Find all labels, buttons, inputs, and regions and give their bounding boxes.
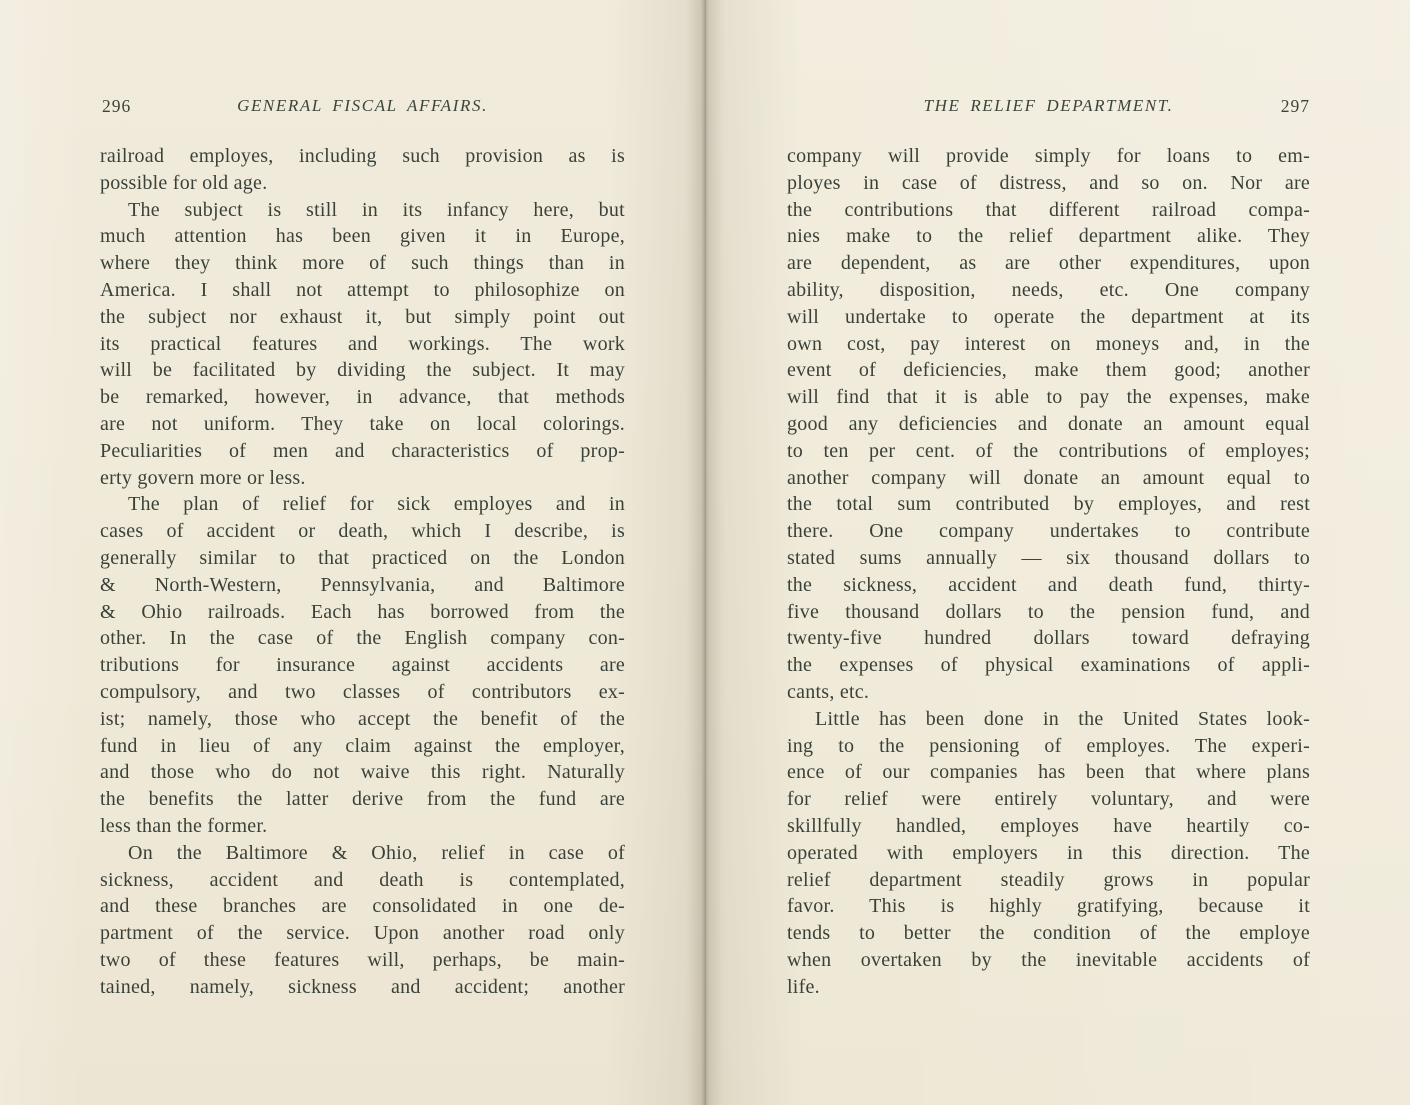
- text-line: where they think more of such things tha…: [100, 250, 625, 277]
- text-line: cases of accident or death, which I desc…: [100, 518, 625, 545]
- text-line: railroad employes, including such provis…: [100, 143, 625, 170]
- text-line: possible for old age.: [100, 170, 625, 197]
- text-line: ence of our companies has been that wher…: [787, 759, 1310, 786]
- text-line: operated with employers in this directio…: [787, 840, 1310, 867]
- text-line: life.: [787, 974, 1310, 1001]
- text-line: there. One company undertakes to contrib…: [787, 518, 1310, 545]
- text-line: Little has been done in the United State…: [787, 706, 1310, 733]
- text-line: America. I shall not attempt to philosop…: [100, 277, 625, 304]
- right-running-head: THE RELIEF DEPARTMENT.: [787, 96, 1310, 116]
- paragraph: railroad employes, including such provis…: [100, 143, 625, 197]
- text-line: are dependent, as are other expenditures…: [787, 250, 1310, 277]
- text-line: be remarked, however, in advance, that m…: [100, 384, 625, 411]
- text-line: for relief were entirely voluntary, and …: [787, 786, 1310, 813]
- text-line: event of deficiencies, make them good; a…: [787, 357, 1310, 384]
- text-line: generally similar to that practiced on t…: [100, 545, 625, 572]
- text-line: relief department steadily grows in popu…: [787, 867, 1310, 894]
- text-line: other. In the case of the English compan…: [100, 625, 625, 652]
- text-line: to ten per cent. of the contributions of…: [787, 438, 1310, 465]
- text-line: & Ohio railroads. Each has borrowed from…: [100, 599, 625, 626]
- text-line: The plan of relief for sick employes and…: [100, 491, 625, 518]
- left-running-head: GENERAL FISCAL AFFAIRS.: [100, 96, 625, 116]
- left-page-header: 296 GENERAL FISCAL AFFAIRS.: [100, 96, 625, 120]
- text-line: compulsory, and two classes of contribut…: [100, 679, 625, 706]
- text-line: erty govern more or less.: [100, 465, 625, 492]
- text-line: good any deficiencies and donate an amou…: [787, 411, 1310, 438]
- text-line: the expenses of physical examinations of…: [787, 652, 1310, 679]
- text-line: & North-Western, Pennsylvania, and Balti…: [100, 572, 625, 599]
- text-line: will be facilitated by dividing the subj…: [100, 357, 625, 384]
- text-line: much attention has been given it in Euro…: [100, 223, 625, 250]
- text-line: the total sum contributed by employes, a…: [787, 491, 1310, 518]
- right-page-number: 297: [1281, 96, 1310, 117]
- text-line: fund in lieu of any claim against the em…: [100, 733, 625, 760]
- left-page-body: railroad employes, including such provis…: [100, 143, 625, 1001]
- text-line: favor. This is highly gratifying, becaus…: [787, 893, 1310, 920]
- text-line: five thousand dollars to the pension fun…: [787, 599, 1310, 626]
- text-line: Peculiarities of men and characteristics…: [100, 438, 625, 465]
- text-line: tained, namely, sickness and accident; a…: [100, 974, 625, 1001]
- text-line: will undertake to operate the department…: [787, 304, 1310, 331]
- text-line: nies make to the relief department alike…: [787, 223, 1310, 250]
- text-line: another company will donate an amount eq…: [787, 465, 1310, 492]
- text-line: company will provide simply for loans to…: [787, 143, 1310, 170]
- text-line: and those who do not waive this right. N…: [100, 759, 625, 786]
- text-line: will find that it is able to pay the exp…: [787, 384, 1310, 411]
- right-page-body: company will provide simply for loans to…: [787, 143, 1310, 1001]
- text-line: ployes in case of distress, and so on. N…: [787, 170, 1310, 197]
- text-line: partment of the service. Upon another ro…: [100, 920, 625, 947]
- text-line: two of these features will, perhaps, be …: [100, 947, 625, 974]
- paragraph: Little has been done in the United State…: [787, 706, 1310, 1001]
- text-line: skillfully handled, employes have hearti…: [787, 813, 1310, 840]
- paragraph: company will provide simply for loans to…: [787, 143, 1310, 706]
- text-line: The subject is still in its infancy here…: [100, 197, 625, 224]
- text-line: ing to the pensioning of employes. The e…: [787, 733, 1310, 760]
- left-page-number: 296: [102, 96, 131, 117]
- paragraph: The subject is still in its infancy here…: [100, 197, 625, 492]
- text-line: are not uniform. They take on local colo…: [100, 411, 625, 438]
- text-line: own cost, pay interest on moneys and, in…: [787, 331, 1310, 358]
- left-page: 296 GENERAL FISCAL AFFAIRS. railroad emp…: [0, 0, 705, 1105]
- text-line: ist; namely, those who accept the benefi…: [100, 706, 625, 733]
- text-line: twenty-five hundred dollars toward defra…: [787, 625, 1310, 652]
- right-page-header: THE RELIEF DEPARTMENT. 297: [787, 96, 1310, 120]
- text-line: tends to better the condition of the emp…: [787, 920, 1310, 947]
- text-line: when overtaken by the inevitable acciden…: [787, 947, 1310, 974]
- text-line: cants, etc.: [787, 679, 1310, 706]
- text-line: the sickness, accident and death fund, t…: [787, 572, 1310, 599]
- text-line: On the Baltimore & Ohio, relief in case …: [100, 840, 625, 867]
- book-spread: 296 GENERAL FISCAL AFFAIRS. railroad emp…: [0, 0, 1410, 1105]
- text-line: sickness, accident and death is contempl…: [100, 867, 625, 894]
- text-line: its practical features and workings. The…: [100, 331, 625, 358]
- text-line: the contributions that different railroa…: [787, 197, 1310, 224]
- paragraph: On the Baltimore & Ohio, relief in case …: [100, 840, 625, 1001]
- text-line: tributions for insurance against acciden…: [100, 652, 625, 679]
- text-line: ability, disposition, needs, etc. One co…: [787, 277, 1310, 304]
- text-line: stated sums annually — six thousand doll…: [787, 545, 1310, 572]
- paragraph: The plan of relief for sick employes and…: [100, 491, 625, 839]
- text-line: the subject nor exhaust it, but simply p…: [100, 304, 625, 331]
- text-line: less than the former.: [100, 813, 625, 840]
- text-line: and these branches are consolidated in o…: [100, 893, 625, 920]
- right-page: THE RELIEF DEPARTMENT. 297 company will …: [705, 0, 1410, 1105]
- text-line: the benefits the latter derive from the …: [100, 786, 625, 813]
